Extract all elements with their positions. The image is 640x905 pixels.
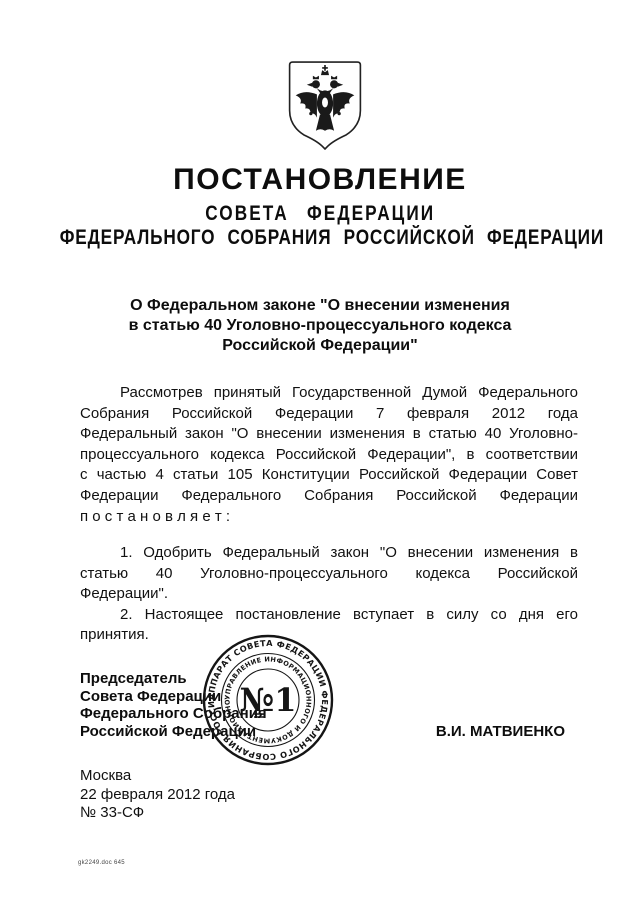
- file-reference: gk2249.doc 645: [78, 860, 125, 866]
- subject-line: О Федеральном законе "О внесении изменен…: [70, 296, 570, 316]
- item1-line: Федерации".: [80, 584, 578, 605]
- round-registration-stamp-icon: АППАРАТ СОВЕТА ФЕДЕРАЦИИ ФЕДЕРАЛЬНОГО СО…: [202, 634, 334, 766]
- document-subject: О Федеральном законе "О внесении изменен…: [70, 296, 570, 356]
- item1-line: статью 40 Уголовно-процессуального кодек…: [80, 564, 578, 585]
- document-subtitle-line2: ФЕДЕРАЛЬНОГО СОБРАНИЯ РОССИЙСКОЙ ФЕДЕРАЦ…: [0, 226, 640, 250]
- item1-line: 1. Одобрить Федеральный закон "О внесени…: [80, 543, 578, 564]
- body-resolution-items: 1. Одобрить Федеральный закон "О внесени…: [80, 543, 578, 646]
- document-subtitle-line1: СОВЕТА ФЕДЕРАЦИИ: [0, 202, 640, 226]
- body-line: Рассмотрев принятый Государственной Думо…: [80, 383, 578, 404]
- issuance-city: Москва: [80, 767, 380, 786]
- body-paragraph-preamble: Рассмотрев принятый Государственной Думо…: [80, 383, 578, 527]
- body-line: процессуального кодекса Российской Федер…: [80, 445, 578, 466]
- issuance-block: Москва 22 февраля 2012 года № 33-СФ: [80, 767, 380, 823]
- stamp-number: №1: [239, 681, 296, 719]
- issuance-number: № 33-СФ: [80, 804, 380, 823]
- item2-line: 2. Настоящее постановление вступает в си…: [80, 605, 578, 626]
- body-line-resolves: п о с т а н о в л я е т :: [80, 507, 578, 528]
- body-line: Федеральный закон "О внесении изменения …: [80, 424, 578, 445]
- russian-coat-of-arms-icon: [286, 60, 364, 150]
- subtitle2-text: ФЕДЕРАЛЬНОГО СОБРАНИЯ РОССИЙСКОЙ ФЕДЕРАЦ…: [60, 226, 604, 250]
- subtitle1-text: СОВЕТА ФЕДЕРАЦИИ: [205, 202, 435, 226]
- subject-line: в статью 40 Уголовно-процессуального код…: [70, 316, 570, 336]
- issuance-date: 22 февраля 2012 года: [80, 786, 380, 805]
- document-title: ПОСТАНОВЛЕНИЕ: [0, 163, 640, 197]
- body-line: Федерации Федерального Собрания Российск…: [80, 486, 578, 507]
- document-page: ПОСТАНОВЛЕНИЕ СОВЕТА ФЕДЕРАЦИИ ФЕДЕРАЛЬН…: [0, 0, 640, 905]
- body-line: с частью 4 статьи 105 Конституции Россий…: [80, 465, 578, 486]
- subject-line: Российской Федерации": [70, 336, 570, 356]
- body-line: Собрания Российской Федерации 7 февраля …: [80, 404, 578, 425]
